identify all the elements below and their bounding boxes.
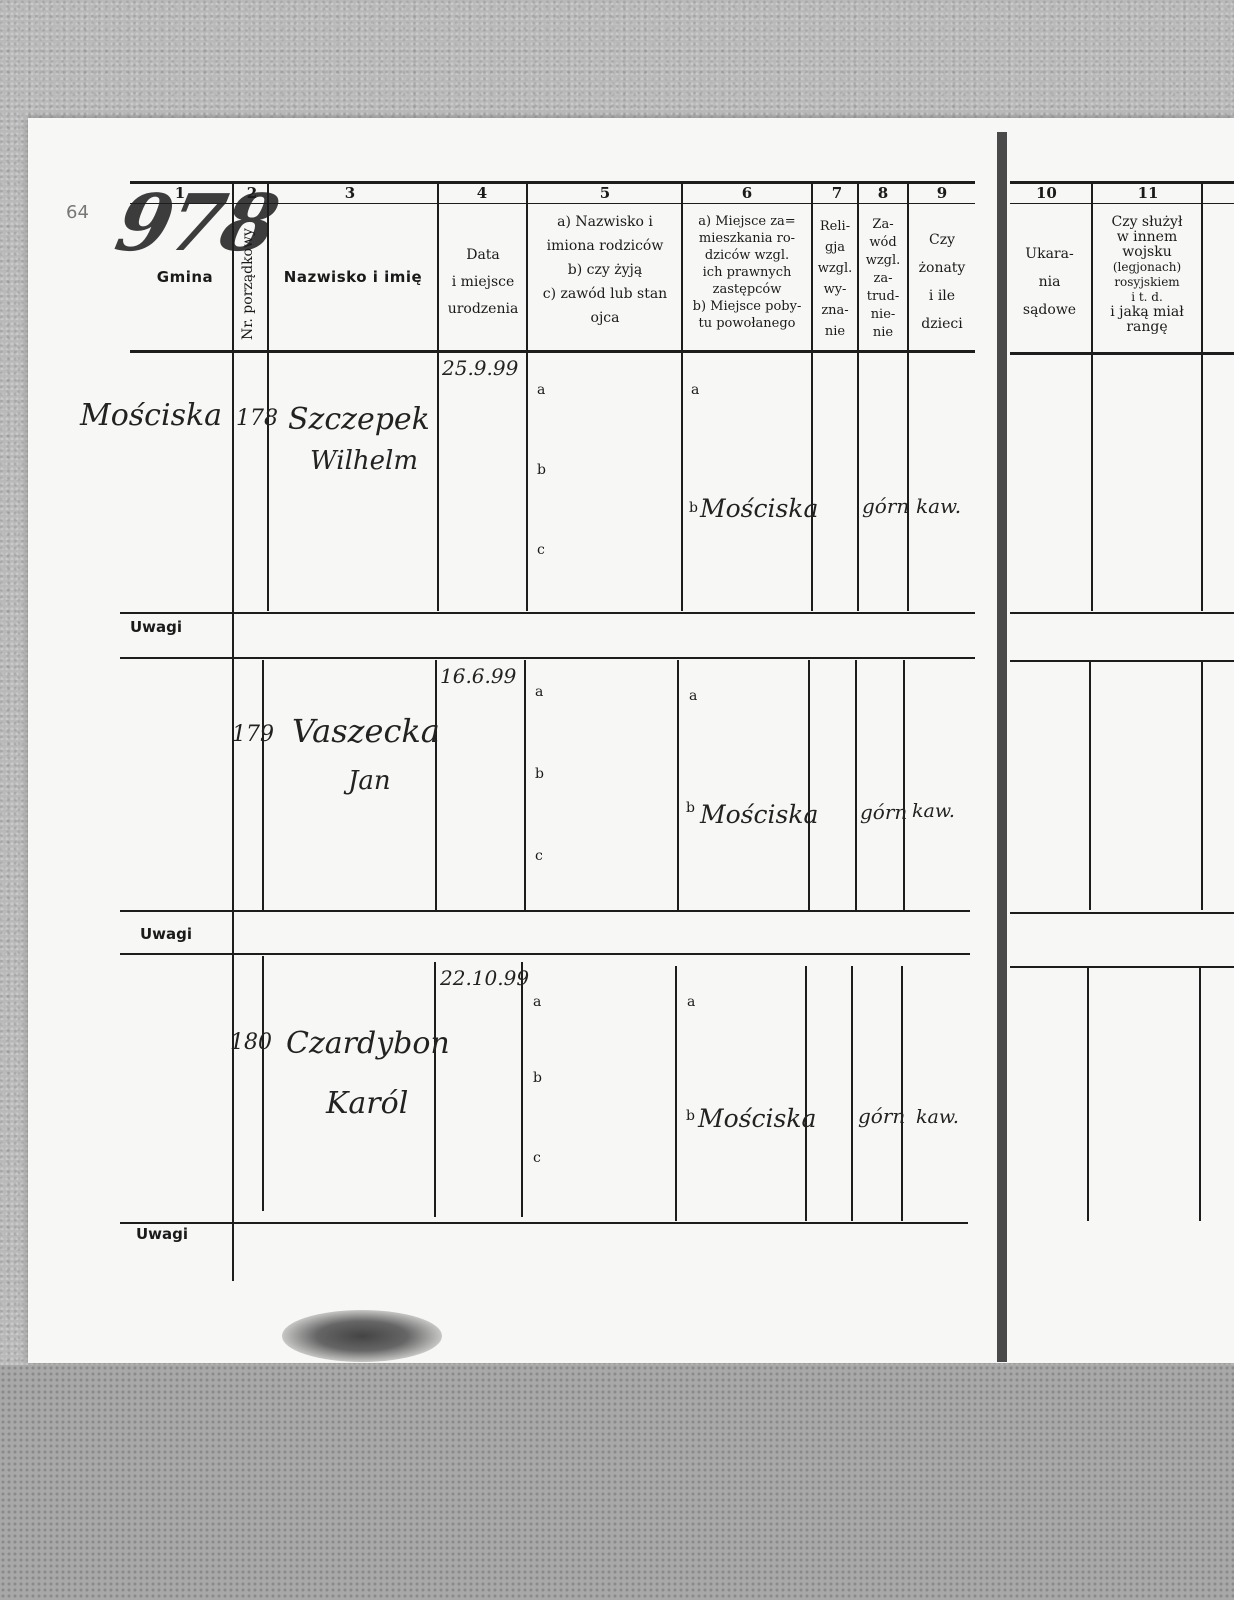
e2-divider-11 — [1201, 660, 1203, 910]
entry-2-given-name: Jan — [348, 766, 391, 796]
entry-3-uwagi-label: Uwagi — [136, 1225, 188, 1243]
entry-2-bottom-rule-right — [1010, 912, 1234, 914]
e3-divider-2 — [262, 956, 264, 1211]
e2-divider-7 — [855, 660, 857, 910]
entry-3-bottom-rule — [120, 1222, 968, 1224]
entry-1-bottom-rule — [120, 612, 975, 614]
header-religja: Reli- gja wzgl. wy- zna- nie — [813, 216, 857, 342]
entry-3-nr: 180 — [230, 1030, 272, 1055]
entry-3-given-name: Karól — [326, 1086, 408, 1121]
entry-2-uwagi-label: Uwagi — [140, 925, 192, 943]
e2-divider-8 — [903, 660, 905, 910]
entry-3-marital: kaw. — [916, 1106, 959, 1128]
col-num-7: 7 — [827, 184, 847, 202]
entry-3-letter-a: a — [533, 994, 541, 1010]
header-nr-porzadkowy: Nr. porządkowy — [240, 228, 256, 340]
e3-divider-11 — [1199, 966, 1201, 1221]
col-num-9: 9 — [932, 184, 952, 202]
pencil-note: 64 — [66, 202, 89, 223]
entry-1-gmina: Mościska — [80, 398, 222, 433]
entry-1-occupation: górn — [862, 494, 909, 518]
col-num-11: 11 — [1136, 184, 1160, 202]
header-num-rule — [130, 203, 975, 204]
e2-divider-2 — [262, 660, 264, 910]
col-num-6: 6 — [737, 184, 757, 202]
entry-3-surname: Czardybon — [286, 1026, 450, 1061]
e2-divider-3 — [435, 660, 437, 910]
entry-1-letter-c: c — [537, 542, 545, 558]
entry-3-occupation: górn — [858, 1104, 905, 1128]
col-num-2: 2 — [242, 184, 262, 202]
entry-2-occupation: górn — [860, 800, 907, 824]
e2-divider-5 — [677, 660, 679, 910]
entry-1-uwagi-label: Uwagi — [130, 618, 182, 636]
header-zonaty: Czy żonaty i ile dzieci — [909, 226, 975, 338]
entry-2-place: Mościska — [700, 800, 818, 829]
header-rodzice: a) Nazwisko i imiona rodziców b) czy żyj… — [528, 210, 682, 330]
entry-1-letter-6b: b — [689, 500, 698, 516]
e2-divider-6 — [808, 660, 810, 910]
entry-3-letter-6a: a — [687, 994, 695, 1010]
e3-divider-5 — [675, 966, 677, 1221]
entry-2-bottom-rule — [120, 910, 970, 912]
header-ukarania: Ukara- nia sądowe — [1008, 240, 1091, 324]
entry-1-letter-a: a — [537, 382, 545, 398]
entry-1-letter-6a: a — [691, 382, 699, 398]
header-data-urodzenia: Data i miejsce urodzenia — [439, 242, 527, 323]
col-num-5: 5 — [595, 184, 615, 202]
entry-1-bottom-rule-right — [1010, 612, 1234, 614]
col-num-3: 3 — [340, 184, 360, 202]
entry-2-letter-6a: a — [689, 688, 697, 704]
e3-divider-3 — [434, 962, 436, 1217]
col-num-8: 8 — [873, 184, 893, 202]
header-wojsko: Czy służył w innem wojsku (legjonach) ro… — [1093, 215, 1201, 335]
entry-1-nr: 178 — [236, 406, 278, 431]
e2-divider-10 — [1089, 660, 1091, 910]
entry-2-letter-c: c — [535, 848, 543, 864]
entry-3-birth-date: 22.10.99 — [440, 966, 529, 990]
entry-1-letter-b: b — [537, 462, 546, 478]
scan-background — [0, 1365, 1234, 1600]
entry-2-nr: 179 — [232, 722, 274, 747]
col-num-4: 4 — [472, 184, 492, 202]
col-divider-11 — [1201, 181, 1203, 611]
entry-1-birth-date: 25.9.99 — [442, 356, 518, 380]
e3-divider-4 — [521, 962, 523, 1217]
entry-1-uwagi-rule — [120, 657, 975, 659]
page-binding-fold — [997, 132, 1007, 1362]
entry-3-letter-c: c — [533, 1150, 541, 1166]
entry-3-letter-6b: b — [686, 1108, 695, 1124]
entry-2-letter-a: a — [535, 684, 543, 700]
entry-1-given-name: Wilhelm — [310, 446, 418, 476]
header-bottom-rule — [130, 350, 975, 353]
e3-divider-7 — [851, 966, 853, 1221]
entry-2-surname: Vaszecka — [292, 712, 440, 750]
header-nazwisko-imie: Nazwisko i imię — [270, 268, 436, 286]
entry-2-letter-6b: b — [686, 800, 695, 816]
entry-2-uwagi-rule — [120, 953, 970, 955]
entry-1-marital: kaw. — [916, 494, 961, 518]
e3-divider-8 — [901, 966, 903, 1221]
entry-2-letter-b: b — [535, 766, 544, 782]
header-miejsce-zamieszkania: a) Miejsce za= mieszkania ro- dziców wzg… — [683, 213, 811, 332]
header-gmina: Gmina — [140, 268, 230, 286]
entry-2-birth-date: 16.6.99 — [440, 664, 516, 688]
entry-3-place: Mościska — [698, 1104, 816, 1133]
e2-divider-4 — [524, 660, 526, 910]
e3-divider-6 — [805, 966, 807, 1221]
col-divider-2 — [267, 181, 269, 611]
binding-thread — [282, 1310, 442, 1362]
col-num-1: 1 — [170, 184, 190, 202]
e3-divider-10 — [1087, 966, 1089, 1221]
entry-2-marital: kaw. — [912, 800, 955, 822]
entry-3-letter-b: b — [533, 1070, 542, 1086]
col-num-10: 10 — [1036, 184, 1056, 202]
entry-1-surname: Szczepek — [288, 402, 430, 437]
entry-1-place: Mościska — [700, 494, 818, 523]
header-zawod: Za- wód wzgl. za- trud- nie- nie — [859, 216, 907, 342]
